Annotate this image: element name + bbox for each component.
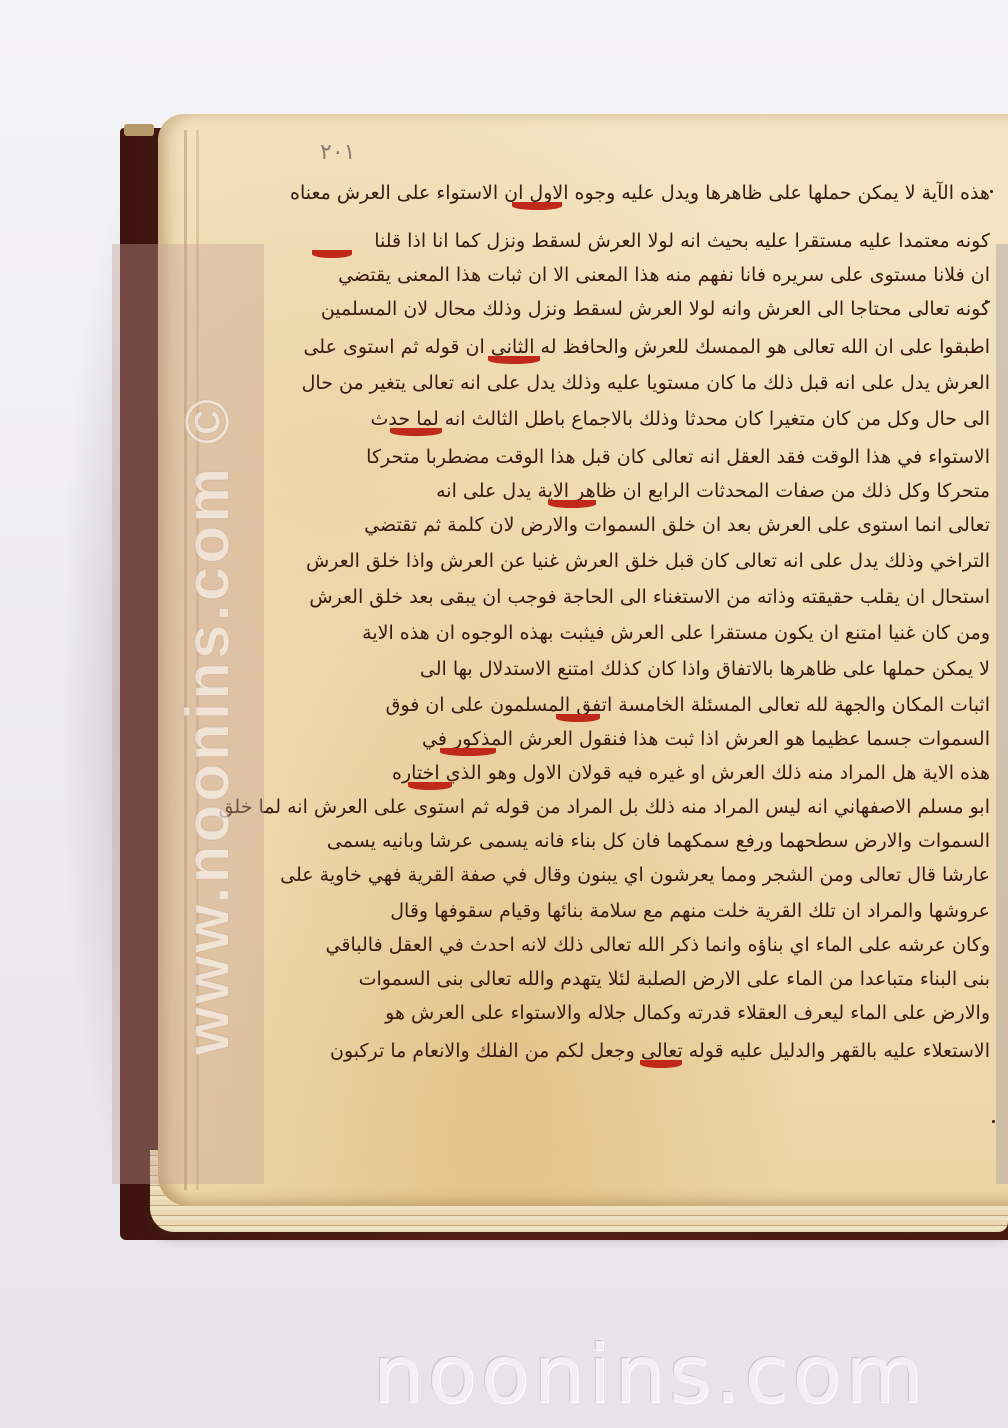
folio-number: ٢٠١ [320,140,355,165]
manuscript-line: ابو مسلم الاصفهاني انه ليس المراد منه ذل… [219,796,990,818]
rubric-overline [548,500,596,508]
watermark-vertical-text: www.noonins.com © [173,256,244,1196]
manuscript-line: وكان عرشه على الماء اي بناؤه وانما ذكر ا… [326,934,990,956]
manuscript-line: كونه تعالى محتاجا الى العرش وانه لولا ال… [321,298,990,320]
manuscript-line: السموات جسما عظيما هو العرش اذا ثبت هذا … [422,728,990,750]
manuscript-line: الى حال وكل من كان متغيرا كان محدثا وذلك… [371,408,990,430]
manuscript-line: اطبقوا على ان الله تعالى هو الممسك للعرش… [303,336,990,358]
manuscript-line: ومن كان غنيا امتنع ان يكون مستقرا على ال… [362,622,990,644]
manuscript-line: لا يمكن حملها على ظاهرها بالاتفاق واذا ك… [420,658,990,680]
rubric-overline [440,748,496,756]
manuscript-line: كونه معتمدا عليه مستقرا عليه بحيث انه لو… [374,230,990,252]
manuscript-line: استحال ان يقلب حقيقته وذاته من الاستغناء… [309,586,990,608]
manuscript-line: العرش يدل على انه قبل ذلك ما كان مستويا … [302,372,990,394]
rubric-overline [312,250,352,258]
manuscript-line: التراخي وذلك يدل على انه تعالى كان قبل خ… [306,550,990,572]
manuscript-line: السموات والارض سطحهما ورفع سمكهما فان كل… [327,830,990,852]
rubric-overline [512,202,562,210]
watermark-bottom-text: noonins.com [330,1328,970,1421]
manuscript-line: ان فلانا مستوى على سريره فانا نفهم منه ه… [338,264,990,286]
manuscript-line: اثبات المكان والجهة لله تعالى المسئلة ال… [386,694,990,716]
watermark-band-right [996,244,1008,1184]
rubric-overline [556,714,600,722]
manuscript-line: والارض على الماء ليعرف العقلاء قدرته وكم… [385,1002,990,1024]
manuscript-line: هذه الآية لا يمكن حملها على ظاهرها ويدل … [290,182,990,204]
manuscript-line: عروشها والمراد ان تلك القرية خلت منهم مع… [390,900,990,922]
manuscript-line: هذه الاية هل المراد منه ذلك العرش او غير… [392,762,990,784]
manuscript-line: الاستعلاء عليه بالقهر والدليل عليه قوله … [330,1040,990,1062]
cover-frayed-corner [124,124,154,136]
manuscript-line: الاستواء في هذا الوقت فقد العقل انه تعال… [366,446,990,468]
manuscript-line: بنى البناء متباعدا من الماء على الارض ال… [359,968,990,990]
rubric-overline [640,1060,682,1068]
manuscript-line: عارشا قال تعالى ومن الشجر ومما يعرشون اي… [280,864,990,886]
rubric-overline [488,356,540,364]
rubric-overline [408,782,452,790]
rubric-overline [390,428,442,436]
manuscript-line: متحركا وكل ذلك من صفات المحدثات الرابع ا… [436,480,990,502]
manuscript-line: تعالى انما استوى على العرش بعد ان خلق ال… [364,514,990,536]
